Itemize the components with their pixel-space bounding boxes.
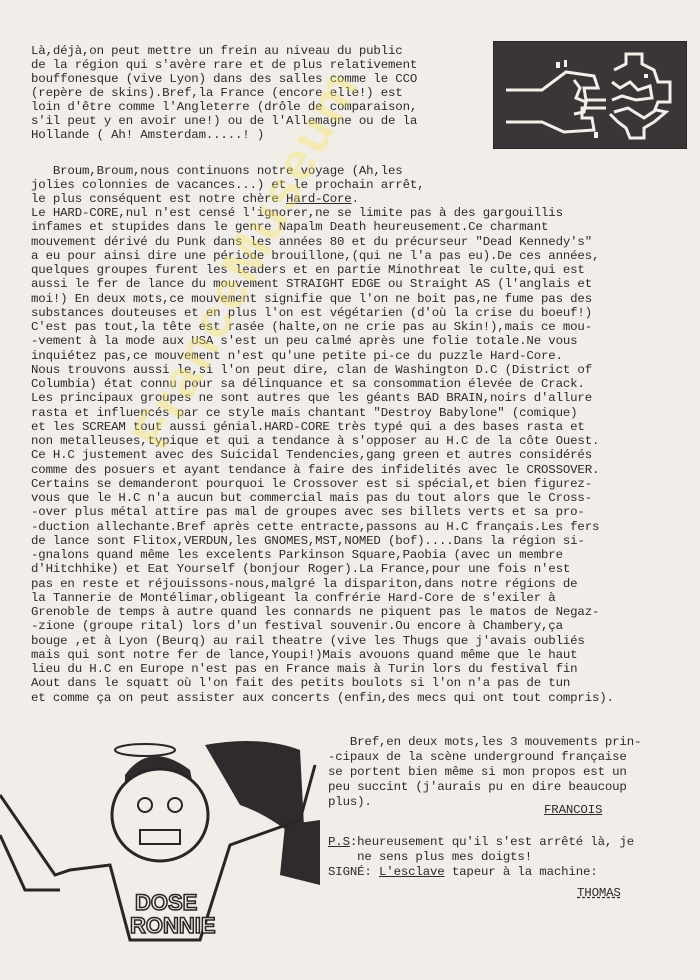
- text-line: C'est pas tout,la tête est rasée (halte,…: [31, 320, 592, 334]
- text-line: rasta et influencés par ce style mais ch…: [31, 406, 577, 420]
- text-line: aussi le fer de lance du mouvement STRAI…: [31, 277, 592, 291]
- text-line: -gnalons quand même les excelents Parkin…: [31, 548, 563, 562]
- cartoon-kid-illustration: DOSE RONNIE: [0, 725, 320, 980]
- ps-line: P.S:heureusement qu'il s'est arrêté là, …: [328, 835, 634, 849]
- text-line: Grenoble de temps à autre quand les conn…: [31, 605, 599, 619]
- text-line: -vement à la mode aux USA s'est un peu c…: [31, 334, 577, 348]
- text-line: de la région qui s'avère rare et de plus…: [31, 58, 417, 72]
- cartoon-kid-icon: DOSE RONNIE: [0, 725, 320, 980]
- text-line: Columbia) état connu pour sa délinquance…: [31, 377, 585, 391]
- text-line: Les principaux groupes ne sont autres qu…: [31, 391, 592, 405]
- text-line: Certains se demanderont pourquoi le Cros…: [31, 477, 592, 491]
- signature-francois: FRANCOIS: [544, 803, 602, 817]
- signed-underlined: L'esclave: [379, 865, 445, 879]
- text-line: d'Hitchhike) et Eat Yourself (bonjour Ro…: [31, 562, 570, 576]
- text-line: lieu du H.C en Europe n'est pas en Franc…: [31, 662, 577, 676]
- text-line: Bref,en deux mots,les 3 mouvements prin-: [328, 735, 641, 749]
- text-line: le plus conséquent est notre chère Hard-…: [31, 192, 359, 206]
- text-line: Hollande ( Ah! Amsterdam.....! ): [31, 128, 264, 142]
- text-line: quelques groupes furent les leaders et e…: [31, 263, 585, 277]
- shirt-text-2: RONNIE: [130, 913, 216, 938]
- text-line: et les SCREAM tout aussi génial.HARD-COR…: [31, 420, 585, 434]
- text-line: infames et stupides dans le genre Napalm…: [31, 220, 548, 234]
- text-line: la Tannerie de Montélimar,obligeant la c…: [31, 591, 556, 605]
- ps-line-2: ne sens plus mes doigts!: [328, 850, 532, 864]
- text-line: peu succint (j'aurais pu en dire beaucou…: [328, 780, 627, 794]
- ps-text: :heureusement qu'il s'est arrêté là, je: [350, 835, 634, 849]
- text-line: moi!) En deux mots,ce mouvement signifie…: [31, 292, 592, 306]
- text-line: plus).: [328, 795, 372, 809]
- text-line: jolies colonnies de vacances...) et le p…: [31, 178, 424, 192]
- text-line: a eu pour ainsi dire une période brouill…: [31, 249, 599, 263]
- text-line: mouvement dérivé du Punk dans les années…: [31, 235, 592, 249]
- ps-label: P.S: [328, 835, 350, 849]
- hard-core-underlined: Hard-Core: [286, 192, 352, 206]
- text-line: non metalleuses,typique et qui a tendanc…: [31, 434, 599, 448]
- text-line: de lance sont Flitox,VERDUN,les GNOMES,M…: [31, 534, 585, 548]
- fist-gear-illustration: [493, 41, 687, 149]
- text-line: Ce H.C justement avec des Suicidal Tende…: [31, 448, 592, 462]
- signature-thomas: THOMAS: [577, 886, 621, 900]
- text-line: substances douteuses et en plus l'on est…: [31, 306, 592, 320]
- signed-prefix: SIGNÉ:: [328, 865, 379, 879]
- text-line: comme des posuers et ayant tendance à fa…: [31, 463, 599, 477]
- fanzine-page: Là,déjà,on peut mettre un frein au nivea…: [0, 0, 700, 980]
- text-line: se portent bien même si mon propos est u…: [328, 765, 627, 779]
- text-line: loin d'être comme l'Angleterre (drôle de…: [31, 100, 417, 114]
- text-line: vous que le H.C n'a aucun but commercial…: [31, 491, 592, 505]
- text-line: -cipaux de la scène underground français…: [328, 750, 627, 764]
- text-line: bouffonesque (vive Lyon) dans des salles…: [31, 72, 417, 86]
- text-line: Aout dans le squatt où l'on fait des pet…: [31, 676, 570, 690]
- text-line: Là,déjà,on peut mettre un frein au nivea…: [31, 44, 403, 58]
- shirt-text-1: DOSE: [135, 890, 197, 915]
- text-line: mais qui sont notre fer de lance,Youpi!)…: [31, 648, 577, 662]
- text-line: Le HARD-CORE,nul n'est censé l'ignorer,n…: [31, 206, 563, 220]
- text-line: Broum,Broum,nous continuons notre voyage…: [31, 164, 403, 178]
- text-line: et comme ça on peut assister aux concert…: [31, 691, 614, 705]
- text-fragment: le plus conséquent est notre chère: [31, 192, 286, 206]
- text-line: pas en reste et réjouissons-nous,malgré …: [31, 577, 577, 591]
- text-line: s'il peut y en avoir une!) ou de l'Allem…: [31, 114, 417, 128]
- text-line: Nous trouvons aussi le,si l'on peut dire…: [31, 363, 592, 377]
- text-line: -over plus métal attire pas mal de group…: [31, 505, 585, 519]
- text-line: inquiétez pas,ce mouvement n'est qu'une …: [31, 349, 563, 363]
- fist-gear-icon: [494, 42, 686, 148]
- text-line: -duction allechante.Bref après cette ent…: [31, 520, 599, 534]
- signed-line: SIGNÉ: L'esclave tapeur à la machine:: [328, 865, 598, 879]
- text-fragment: .: [352, 192, 359, 206]
- text-line: (repère de skins).Bref,la France (encore…: [31, 86, 403, 100]
- text-line: bouge ,et à Lyon (Beurq) au rail theatre…: [31, 634, 585, 648]
- signed-suffix: tapeur à la machine:: [445, 865, 598, 879]
- text-line: -zione (groupe rital) lors d'un festival…: [31, 619, 563, 633]
